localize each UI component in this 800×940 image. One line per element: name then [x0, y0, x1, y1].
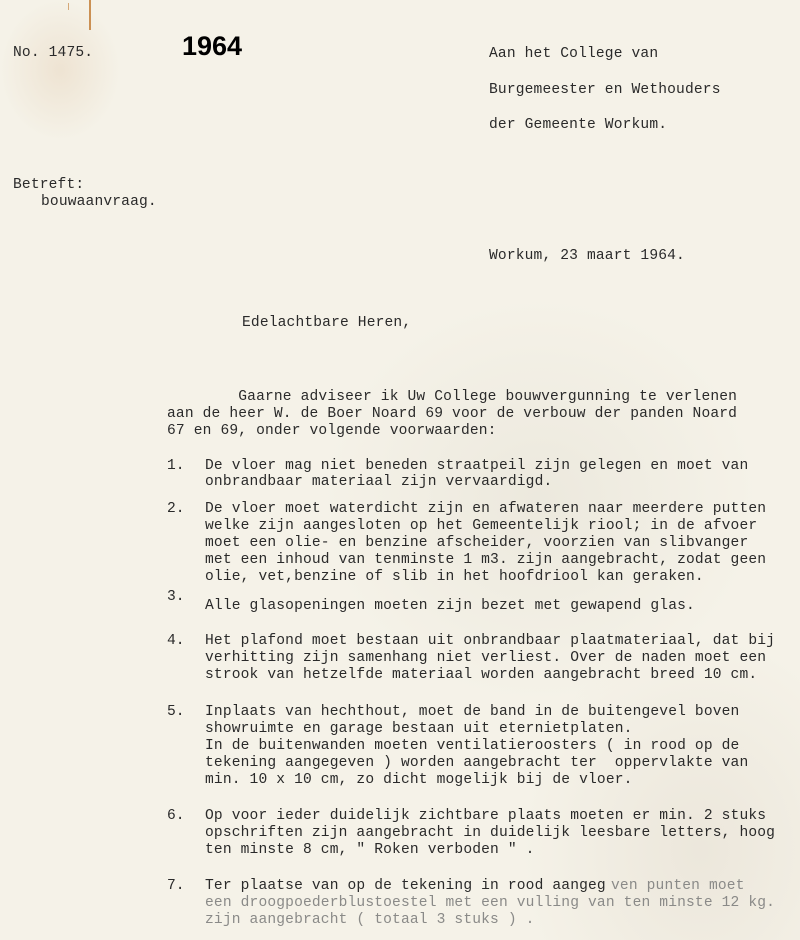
condition-line: ten minste 8 cm, " Roken verboden " . — [205, 842, 535, 858]
condition-number: 4. — [167, 633, 185, 649]
condition-line-faint: een droogpoederblustoestel met een vulli… — [205, 895, 775, 911]
condition-line: tekening aangegeven ) worden aangebracht… — [205, 755, 748, 771]
condition-number: 7. — [167, 878, 185, 894]
condition-line: olie, vet,benzine of slib in het hoofdri… — [205, 569, 704, 585]
condition-line: Het plafond moet bestaan uit onbrandbaar… — [205, 633, 775, 649]
condition-line: min. 10 x 10 cm, zo dicht mogelijk bij d… — [205, 772, 633, 788]
condition-line: Op voor ieder duidelijk zichtbare plaats… — [205, 808, 766, 824]
rust-stain — [68, 3, 69, 10]
addressee-line: Burgemeester en Wethouders — [489, 82, 721, 98]
salutation: Edelachtbare Heren, — [242, 315, 411, 331]
condition-line: verhitting zijn samenhang niet verliest.… — [205, 650, 766, 666]
intro-line: aan de heer W. de Boer Noard 69 voor de … — [167, 406, 737, 422]
addressee-line: Aan het College van — [489, 46, 658, 62]
year-stamp: 1964 — [182, 30, 242, 62]
place-date: Workum, 23 maart 1964. — [489, 248, 685, 264]
condition-line: opschriften zijn aangebracht in duidelij… — [205, 825, 775, 841]
subject-value: bouwaanvraag. — [41, 194, 157, 210]
condition-line: strook van hetzelfde materiaal worden aa… — [205, 667, 757, 683]
condition-line: De vloer mag niet beneden straatpeil zij… — [205, 458, 748, 474]
condition-number: 6. — [167, 808, 185, 824]
condition-number: 2. — [167, 501, 185, 517]
letter-page: No. 1475. 1964 Aan het College van Burge… — [0, 0, 800, 940]
condition-line: De vloer moet waterdicht zijn en afwater… — [205, 501, 766, 517]
condition-line-faint: ven punten moet — [611, 878, 745, 894]
condition-line: met een inhoud van tenminste 1 m3. zijn … — [205, 552, 766, 568]
condition-line-faint: zijn aangebracht ( totaal 3 stuks ) . — [205, 912, 535, 928]
condition-line: Inplaats van hechthout, moet de band in … — [205, 704, 739, 720]
condition-line: Ter plaatse van op de tekening in rood a… — [205, 878, 606, 894]
condition-line: onbrandbaar materiaal zijn vervaardigd. — [205, 474, 552, 490]
condition-line: In de buitenwanden moeten ventilatieroos… — [205, 738, 739, 754]
condition-number: 1. — [167, 458, 185, 474]
condition-number: 3. — [167, 589, 185, 605]
subject-label: Betreft: — [13, 177, 84, 193]
addressee-line: der Gemeente Workum. — [489, 117, 667, 133]
condition-line: showruimte en garage bestaan uit eternie… — [205, 721, 633, 737]
condition-line: Alle glasopeningen moeten zijn bezet met… — [205, 598, 695, 614]
reference-number: No. 1475. — [13, 45, 93, 61]
intro-line: Gaarne adviseer ik Uw College bouwvergun… — [167, 389, 737, 405]
rust-stain — [89, 0, 91, 30]
condition-number: 5. — [167, 704, 185, 720]
intro-line: 67 en 69, onder volgende voorwaarden: — [167, 423, 497, 439]
condition-line: moet een olie- en benzine afscheider, vo… — [205, 535, 748, 551]
condition-line: welke zijn aangesloten op het Gemeenteli… — [205, 518, 757, 534]
